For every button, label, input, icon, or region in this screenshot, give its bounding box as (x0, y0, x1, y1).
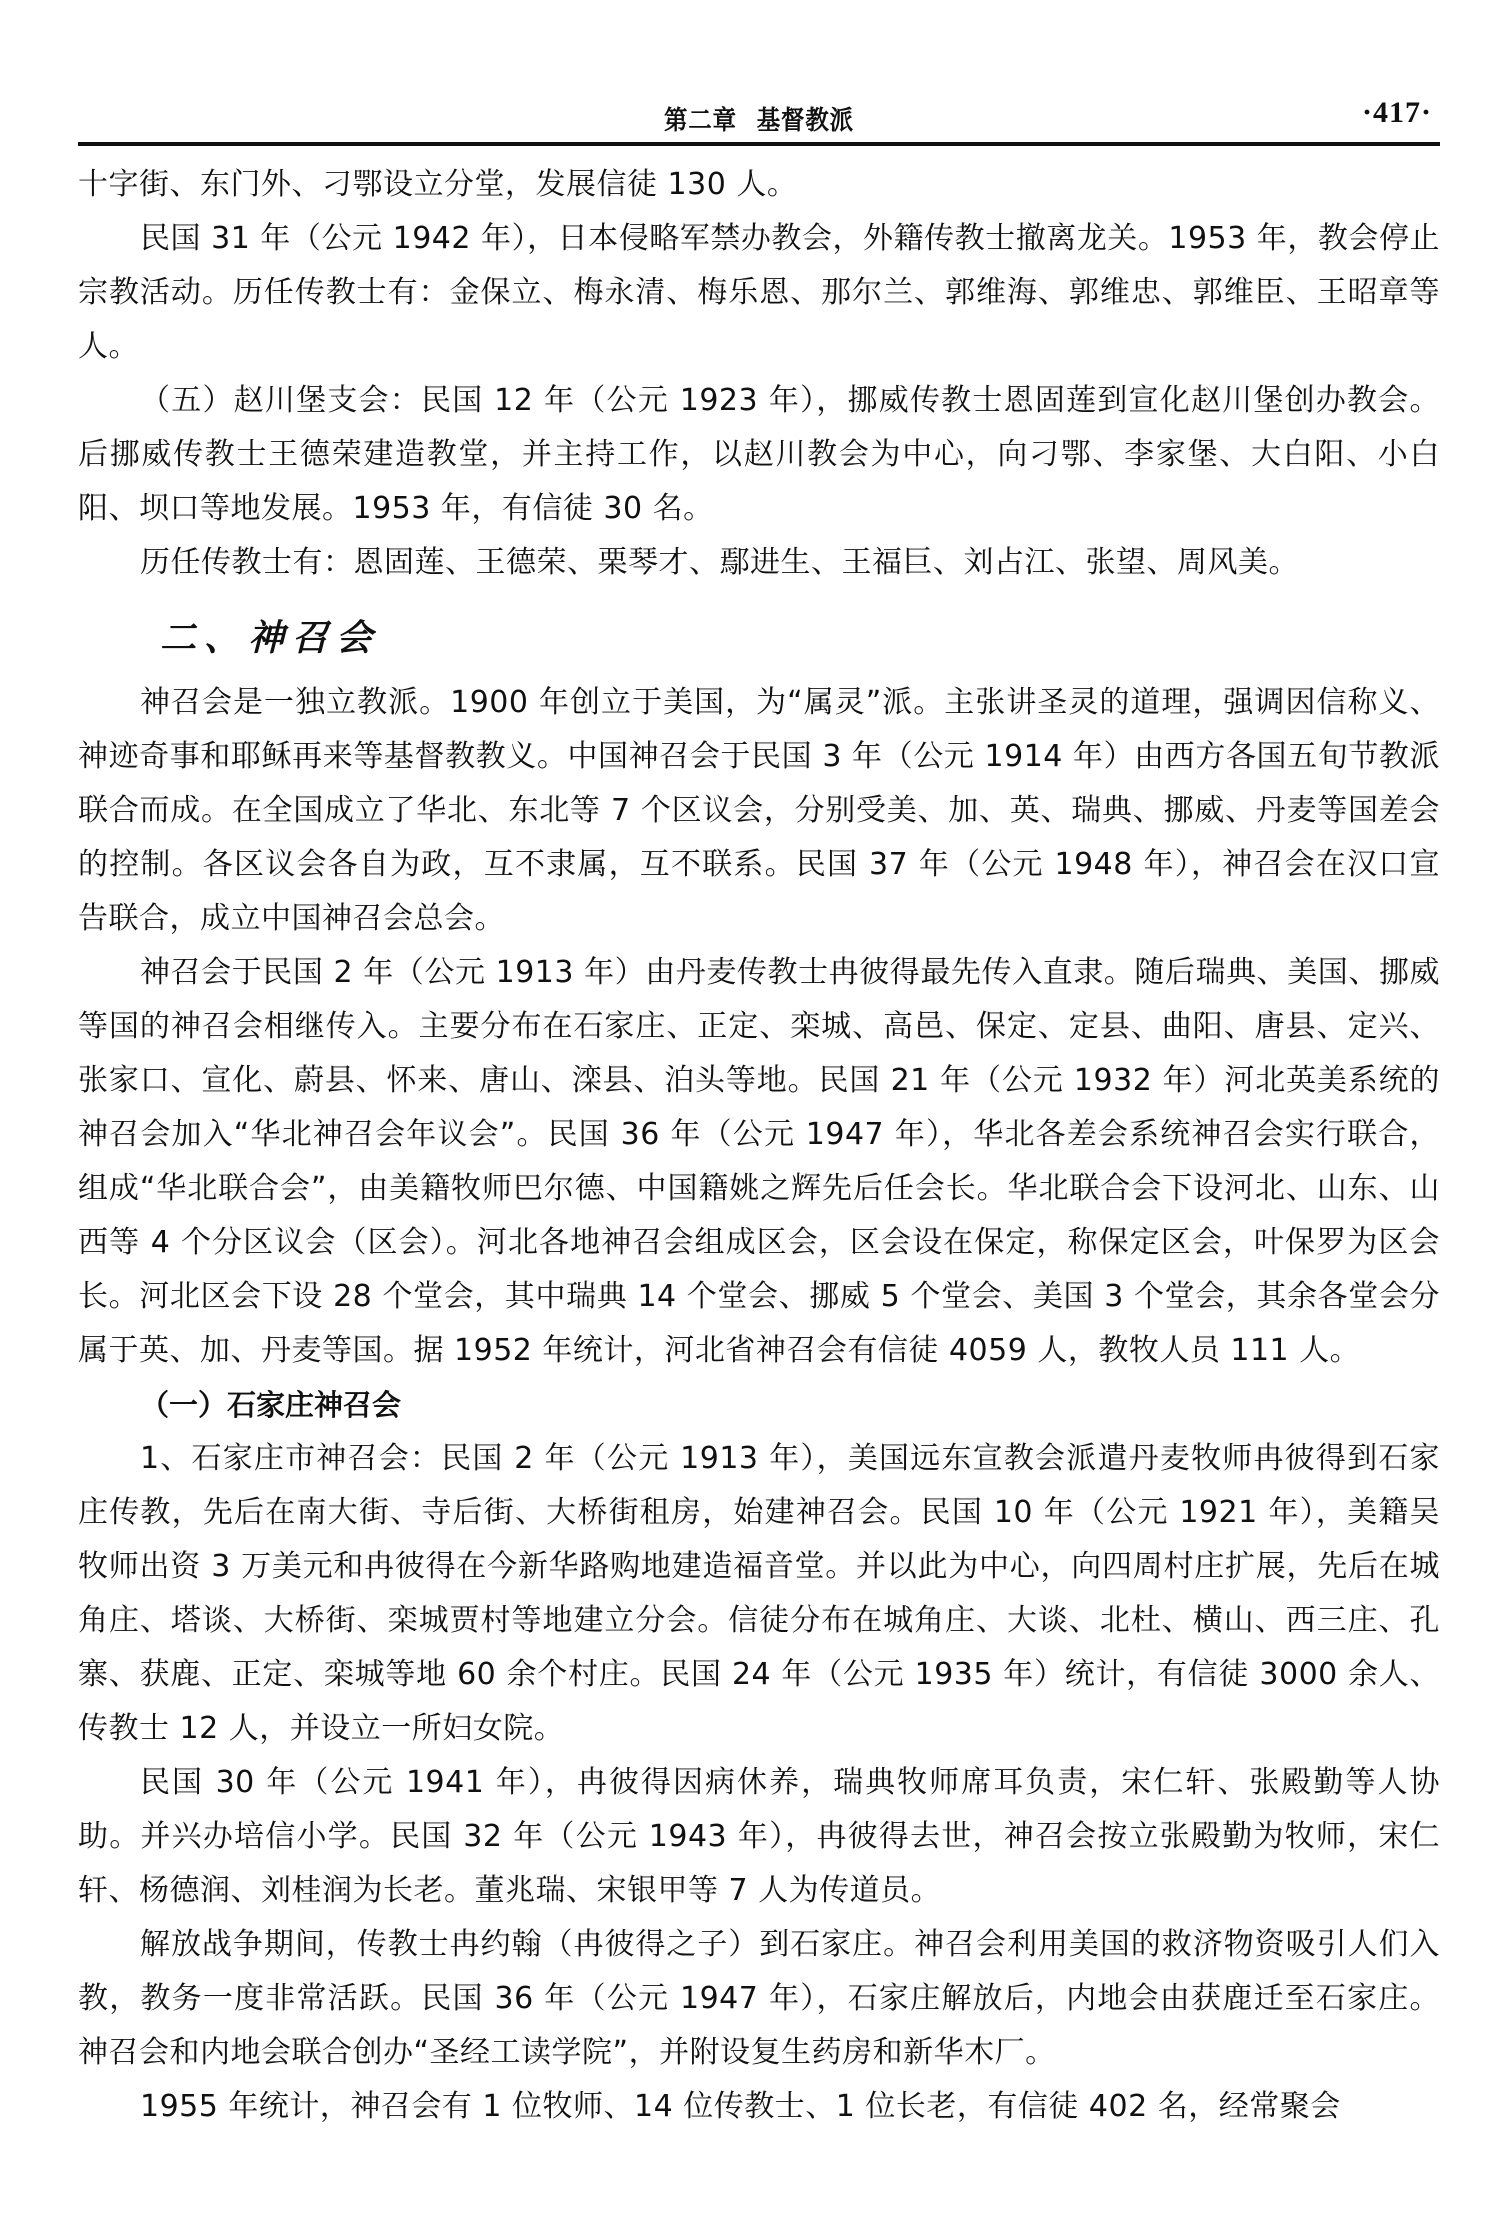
running-header: 第二章基督教派 ·417· (78, 92, 1440, 140)
header-rule (78, 142, 1440, 146)
paragraph: 解放战争期间，传教士冉约翰（冉彼得之子）到石家庄。神召会利用美国的救济物资吸引人… (78, 1918, 1440, 2080)
subsection-heading: （一）石家庄神召会 (78, 1378, 1440, 1432)
paragraph: 民国 31 年（公元 1942 年），日本侵略军禁办教会，外籍传教士撤离龙关。1… (78, 212, 1440, 374)
paragraph: 神召会于民国 2 年（公元 1913 年）由丹麦传教士冉彼得最先传入直隶。随后瑞… (78, 946, 1440, 1378)
paragraph: 民国 30 年（公元 1941 年），冉彼得因病休养，瑞典牧师席耳负责，宋仁轩、… (78, 1756, 1440, 1918)
page-number: ·417· (1362, 96, 1432, 130)
chapter-number: 第二章 (664, 106, 737, 136)
document-page: 第二章基督教派 ·417· 十字街、东门外、刁鄂设立分堂，发展信徒 130 人。… (0, 0, 1500, 2228)
chapter-title: 第二章基督教派 (146, 100, 1372, 137)
section-heading: 二、神召会 (78, 600, 1440, 676)
paragraph-zhaochuanbao-branch: （五）赵川堡支会：民国 12 年（公元 1923 年），挪威传教士恩固莲到宣化赵… (78, 374, 1440, 536)
paragraph-missionaries-list: 历任传教士有：恩固莲、王德荣、栗琴才、鄢进生、王福巨、刘占江、张望、周风美。 (78, 536, 1440, 590)
body-text: 十字街、东门外、刁鄂设立分堂，发展信徒 130 人。 民国 31 年（公元 19… (78, 158, 1440, 2134)
chapter-name: 基督教派 (757, 106, 854, 136)
paragraph: 神召会是一独立教派。1900 年创立于美国，为“属灵”派。主张讲圣灵的道理，强调… (78, 676, 1440, 946)
paragraph-continued: 十字街、东门外、刁鄂设立分堂，发展信徒 130 人。 (78, 158, 1440, 212)
paragraph-continues: 1955 年统计，神召会有 1 位牧师、14 位传教士、1 位长老，有信徒 40… (78, 2080, 1440, 2134)
paragraph: 1、石家庄市神召会：民国 2 年（公元 1913 年），美国远东宣教会派遣丹麦牧… (78, 1432, 1440, 1756)
